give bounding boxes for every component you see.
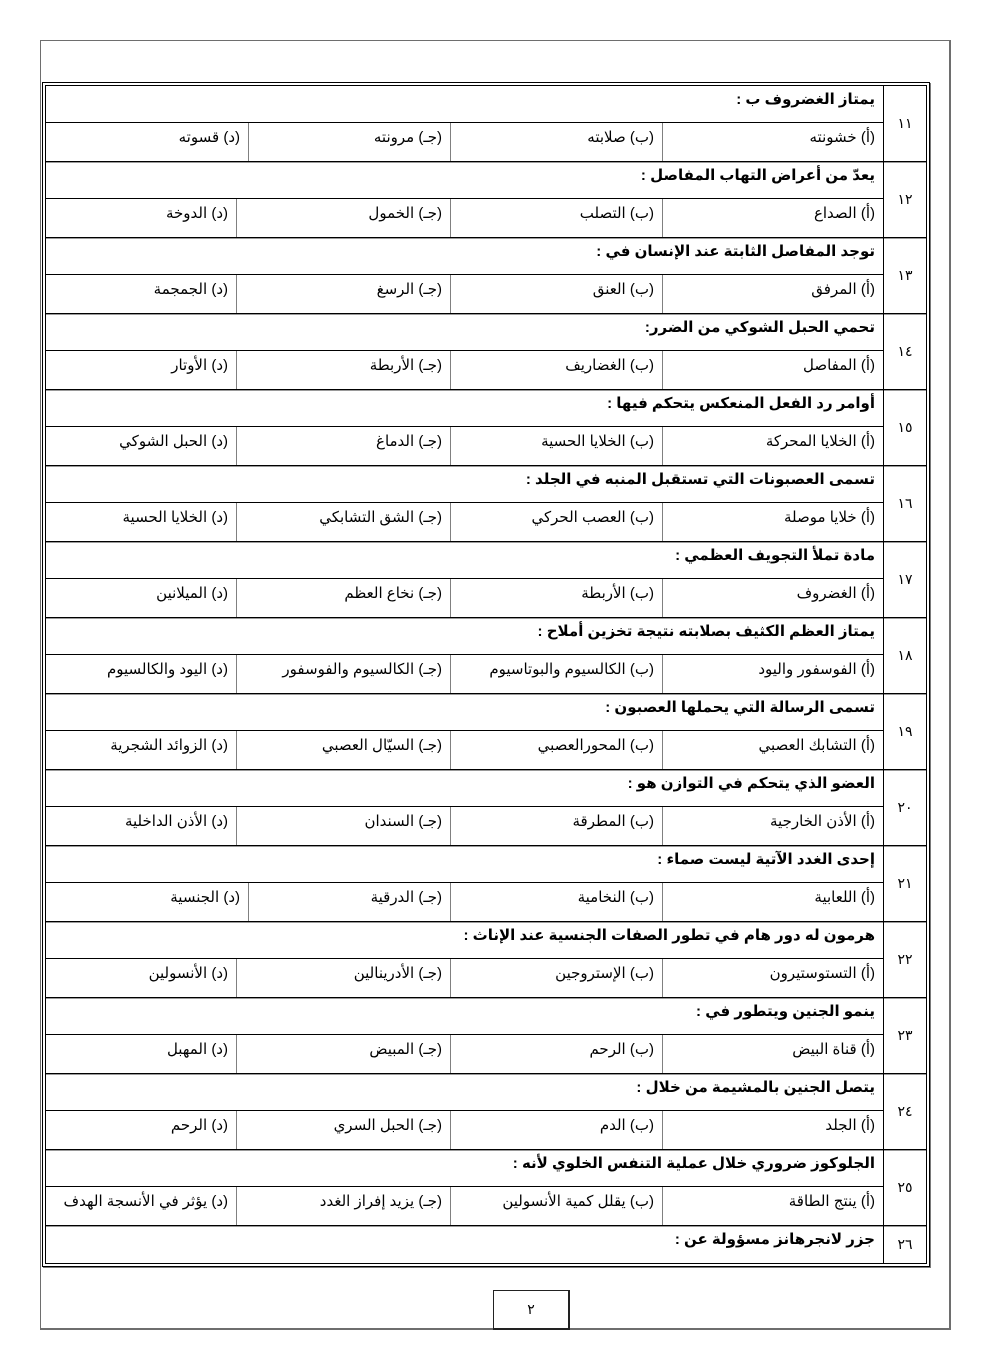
question-block-2: ١٣ توجد المفاصل الثابتة عند الإنسان في :… xyxy=(46,238,926,314)
question-text: ينمو الجنين ويتطور في : xyxy=(46,998,883,1035)
option-b[interactable]: (ب) الأربطة xyxy=(450,579,662,617)
option-d[interactable]: (د) يؤثر في الأنسجة الهدف xyxy=(46,1187,236,1225)
question-body: يعدّ من أعراض التهاب المفاصل : (أ) الصدا… xyxy=(46,162,883,237)
question-text: توجد المفاصل الثابتة عند الإنسان في : xyxy=(46,238,883,275)
question-block-last: ٢٦ جزر لانجرهانز مسؤولة عن : xyxy=(46,1226,926,1263)
question-number: ١٤ xyxy=(883,314,926,389)
answer-options: (أ) ينتج الطاقة (ب) يقلل كمية الأنسولين … xyxy=(46,1187,883,1225)
option-b[interactable]: (ب) الإستروجين xyxy=(450,959,662,997)
question-number: ١٩ xyxy=(883,694,926,769)
option-d[interactable]: (د) قسوته xyxy=(46,123,248,161)
answer-options: (أ) خشونته (ب) صلابته (جـ) مرونته (د) قس… xyxy=(46,123,883,161)
option-c[interactable]: (جـ) السيّال العصبي xyxy=(236,731,450,769)
question-text: يمتاز العظم الكثيف بصلابته نتيجة تخزين أ… xyxy=(46,618,883,655)
question-body: هرمون له دور هام في تطور الصفات الجنسية … xyxy=(46,922,883,997)
option-b[interactable]: (ب) الدم xyxy=(450,1111,662,1149)
question-table: ١١ يمتاز الغضروف ب : (أ) خشونته (ب) صلاب… xyxy=(42,82,930,1267)
option-b[interactable]: (ب) العنق xyxy=(450,275,662,313)
option-c[interactable]: (جـ) الرسغ xyxy=(236,275,450,313)
question-text: يعدّ من أعراض التهاب المفاصل : xyxy=(46,162,883,199)
question-body: إحدى الغدد الآتية ليست صماء : (أ) اللعاب… xyxy=(46,846,883,921)
question-body: تحمي الحبل الشوكي من الضرر: (أ) المفاصل … xyxy=(46,314,883,389)
answer-options: (أ) الخلايا المحركة (ب) الخلايا الحسية (… xyxy=(46,427,883,465)
option-b[interactable]: (ب) الغضاريف xyxy=(450,351,662,389)
question-block-6: ١٧ مادة تملأ التجويف العظمي : (أ) الغضرو… xyxy=(46,542,926,618)
option-c[interactable]: (جـ) الأدرينالين xyxy=(236,959,450,997)
option-a[interactable]: (أ) التشابك العصبي xyxy=(662,731,883,769)
option-c[interactable]: (جـ) السندان xyxy=(236,807,450,845)
answer-options: (أ) التشابك العصبي (ب) المحورالعصبي (جـ)… xyxy=(46,731,883,769)
option-a[interactable]: (أ) الصداع xyxy=(662,199,883,237)
option-a[interactable]: (أ) الفوسفور واليود xyxy=(662,655,883,693)
question-block-12: ٢٣ ينمو الجنين ويتطور في : (أ) قناة البي… xyxy=(46,998,926,1074)
question-body: تسمى العصبونات التي تستقبل المنبه في الج… xyxy=(46,466,883,541)
option-b[interactable]: (ب) النخامية xyxy=(450,883,662,921)
option-c[interactable]: (جـ) الحبل السري xyxy=(236,1111,450,1149)
question-number: ٢٣ xyxy=(883,998,926,1073)
question-block-1: ١٢ يعدّ من أعراض التهاب المفاصل : (أ) ال… xyxy=(46,162,926,238)
question-text: يمتاز الغضروف ب : xyxy=(46,86,883,123)
option-a[interactable]: (أ) المفاصل xyxy=(662,351,883,389)
question-body: أوامر رد الفعل المنعكس يتحكم فيها : (أ) … xyxy=(46,390,883,465)
option-c[interactable]: (جـ) الأربطة xyxy=(236,351,450,389)
question-block-3: ١٤ تحمي الحبل الشوكي من الضرر: (أ) المفا… xyxy=(46,314,926,390)
question-number: ٢٢ xyxy=(883,922,926,997)
option-a[interactable]: (أ) قناة البيض xyxy=(662,1035,883,1073)
option-d[interactable]: (د) الميلانين xyxy=(46,579,236,617)
option-b[interactable]: (ب) يقلل كمية الأنسولين xyxy=(450,1187,662,1225)
option-a[interactable]: (أ) التستوستيرون xyxy=(662,959,883,997)
option-a[interactable]: (أ) خلايا موصلة xyxy=(662,503,883,541)
option-c[interactable]: (جـ) الخمول xyxy=(236,199,450,237)
answer-options: (أ) الأذن الخارجية (ب) المطرقة (جـ) السن… xyxy=(46,807,883,845)
question-number: ١١ xyxy=(883,86,926,161)
question-number: ٢٥ xyxy=(883,1150,926,1225)
option-c[interactable]: (جـ) يزيد إفراز الغدد xyxy=(236,1187,450,1225)
question-block-10: ٢١ إحدى الغدد الآتية ليست صماء : (أ) الل… xyxy=(46,846,926,922)
question-number: ٢١ xyxy=(883,846,926,921)
question-text: تحمي الحبل الشوكي من الضرر: xyxy=(46,314,883,351)
question-number: ٢٦ xyxy=(883,1226,926,1263)
answer-options: (أ) خلايا موصلة (ب) العصب الحركي (جـ) ال… xyxy=(46,503,883,541)
answer-options: (أ) المفاصل (ب) الغضاريف (جـ) الأربطة (د… xyxy=(46,351,883,389)
option-a[interactable]: (أ) الجلد xyxy=(662,1111,883,1149)
option-b[interactable]: (ب) المحورالعصبي xyxy=(450,731,662,769)
answer-options: (أ) المرفق (ب) العنق (جـ) الرسغ (د) الجم… xyxy=(46,275,883,313)
question-body: توجد المفاصل الثابتة عند الإنسان في : (أ… xyxy=(46,238,883,313)
question-number: ١٣ xyxy=(883,238,926,313)
option-d[interactable]: (د) الخلايا الحسية xyxy=(46,503,236,541)
answer-options: (أ) الفوسفور واليود (ب) الكالسيوم والبوت… xyxy=(46,655,883,693)
question-body: الجلوكوز ضروري خلال عملية التنفس الخلوي … xyxy=(46,1150,883,1225)
question-number: ١٧ xyxy=(883,542,926,617)
answer-options: (أ) الصداع (ب) التصلب (جـ) الخمول (د) ال… xyxy=(46,199,883,237)
answer-options: (أ) التستوستيرون (ب) الإستروجين (جـ) الأ… xyxy=(46,959,883,997)
option-b[interactable]: (ب) الخلايا الحسية xyxy=(450,427,662,465)
option-d[interactable]: (د) اليود والكالسيوم xyxy=(46,655,236,693)
option-a[interactable]: (أ) اللعابية xyxy=(662,883,883,921)
option-d[interactable]: (د) المهبل xyxy=(46,1035,236,1073)
question-block-8: ١٩ تسمى الرسالة التي يحملها العصبون : (أ… xyxy=(46,694,926,770)
option-d[interactable]: (د) الزوائد الشجرية xyxy=(46,731,236,769)
question-text: يتصل الجنين بالمشيمة من خلال : xyxy=(46,1074,883,1111)
question-number: ١٢ xyxy=(883,162,926,237)
question-block-11: ٢٢ هرمون له دور هام في تطور الصفات الجنس… xyxy=(46,922,926,998)
option-b[interactable]: (ب) صلابته xyxy=(450,123,662,161)
option-c[interactable]: (جـ) الدماغ xyxy=(236,427,450,465)
question-text: العضو الذي يتحكم في التوازن هو : xyxy=(46,770,883,807)
option-d[interactable]: (د) الرحم xyxy=(46,1111,236,1149)
option-a[interactable]: (أ) الخلايا المحركة xyxy=(662,427,883,465)
question-text: هرمون له دور هام في تطور الصفات الجنسية … xyxy=(46,922,883,959)
option-c[interactable]: (جـ) مرونته xyxy=(248,123,450,161)
option-a[interactable]: (أ) الغضروف xyxy=(662,579,883,617)
option-a[interactable]: (أ) الأذن الخارجية xyxy=(662,807,883,845)
option-a[interactable]: (أ) ينتج الطاقة xyxy=(662,1187,883,1225)
option-c[interactable]: (جـ) المبيض xyxy=(236,1035,450,1073)
question-number: ٢٠ xyxy=(883,770,926,845)
option-c[interactable]: (جـ) الكالسيوم والفوسفور xyxy=(236,655,450,693)
question-number: ١٨ xyxy=(883,618,926,693)
question-body: يمتاز الغضروف ب : (أ) خشونته (ب) صلابته … xyxy=(46,86,883,161)
option-b[interactable]: (ب) الرحم xyxy=(450,1035,662,1073)
question-block-9: ٢٠ العضو الذي يتحكم في التوازن هو : (أ) … xyxy=(46,770,926,846)
option-d[interactable]: (د) الجمجمة xyxy=(46,275,236,313)
question-number: ٢٤ xyxy=(883,1074,926,1149)
option-a[interactable]: (أ) المرفق xyxy=(662,275,883,313)
option-a[interactable]: (أ) خشونته xyxy=(662,123,883,161)
question-number: ١٥ xyxy=(883,390,926,465)
option-c[interactable]: (جـ) نخاع العظم xyxy=(236,579,450,617)
question-body: تسمى الرسالة التي يحملها العصبون : (أ) ا… xyxy=(46,694,883,769)
page-number-box: ٢ xyxy=(493,1290,570,1330)
question-body: يمتاز العظم الكثيف بصلابته نتيجة تخزين أ… xyxy=(46,618,883,693)
question-table-inner: ١١ يمتاز الغضروف ب : (أ) خشونته (ب) صلاب… xyxy=(45,85,927,1264)
question-body: مادة تملأ التجويف العظمي : (أ) الغضروف (… xyxy=(46,542,883,617)
question-block-14: ٢٥ الجلوكوز ضروري خلال عملية التنفس الخل… xyxy=(46,1150,926,1226)
question-text: جزر لانجرهانز مسؤولة عن : xyxy=(46,1226,883,1263)
option-c[interactable]: (جـ) الدرقية xyxy=(248,883,450,921)
answer-options: (أ) اللعابية (ب) النخامية (جـ) الدرقية (… xyxy=(46,883,883,921)
question-block-4: ١٥ أوامر رد الفعل المنعكس يتحكم فيها : (… xyxy=(46,390,926,466)
question-block-7: ١٨ يمتاز العظم الكثيف بصلابته نتيجة تخزي… xyxy=(46,618,926,694)
question-body: جزر لانجرهانز مسؤولة عن : xyxy=(46,1226,883,1263)
question-text: الجلوكوز ضروري خلال عملية التنفس الخلوي … xyxy=(46,1150,883,1187)
option-c[interactable]: (جـ) الشق التشابكي xyxy=(236,503,450,541)
question-block-13: ٢٤ يتصل الجنين بالمشيمة من خلال : (أ) ال… xyxy=(46,1074,926,1150)
option-b[interactable]: (ب) الكالسيوم والبوتاسيوم xyxy=(450,655,662,693)
question-body: العضو الذي يتحكم في التوازن هو : (أ) الأ… xyxy=(46,770,883,845)
option-b[interactable]: (ب) التصلب xyxy=(450,199,662,237)
question-block-0: ١١ يمتاز الغضروف ب : (أ) خشونته (ب) صلاب… xyxy=(46,86,926,162)
question-text: تسمى الرسالة التي يحملها العصبون : xyxy=(46,694,883,731)
answer-options: (أ) الجلد (ب) الدم (جـ) الحبل السري (د) … xyxy=(46,1111,883,1149)
answer-options: (أ) الغضروف (ب) الأربطة (جـ) نخاع العظم … xyxy=(46,579,883,617)
option-b[interactable]: (ب) العصب الحركي xyxy=(450,503,662,541)
option-d[interactable]: (د) الأنسولين xyxy=(46,959,236,997)
option-b[interactable]: (ب) المطرقة xyxy=(450,807,662,845)
question-block-5: ١٦ تسمى العصبونات التي تستقبل المنبه في … xyxy=(46,466,926,542)
question-number: ١٦ xyxy=(883,466,926,541)
question-body: يتصل الجنين بالمشيمة من خلال : (أ) الجلد… xyxy=(46,1074,883,1149)
option-d[interactable]: (د) الأوتار xyxy=(46,351,236,389)
question-text: أوامر رد الفعل المنعكس يتحكم فيها : xyxy=(46,390,883,427)
question-text: مادة تملأ التجويف العظمي : xyxy=(46,542,883,579)
option-d[interactable]: (د) الدوخة xyxy=(46,199,236,237)
answer-options: (أ) قناة البيض (ب) الرحم (جـ) المبيض (د)… xyxy=(46,1035,883,1073)
option-d[interactable]: (د) الحبل الشوكي xyxy=(46,427,236,465)
question-text: إحدى الغدد الآتية ليست صماء : xyxy=(46,846,883,883)
page-number: ٢ xyxy=(527,1302,535,1318)
question-text: تسمى العصبونات التي تستقبل المنبه في الج… xyxy=(46,466,883,503)
question-body: ينمو الجنين ويتطور في : (أ) قناة البيض (… xyxy=(46,998,883,1073)
option-d[interactable]: (د) الجنسية xyxy=(46,883,248,921)
option-d[interactable]: (د) الأذن الداخلية xyxy=(46,807,236,845)
